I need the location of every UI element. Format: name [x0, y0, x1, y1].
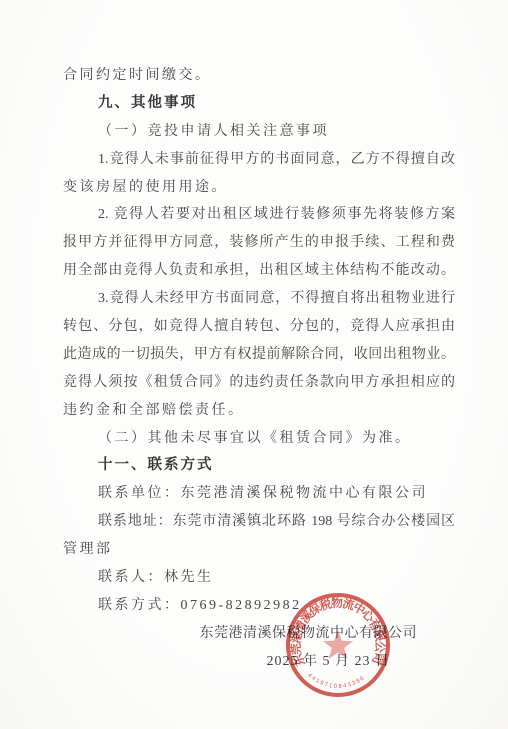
doc-line: （二）其他未尽事宜以《租赁合同》为准。 — [63, 425, 455, 453]
doc-line: 变该房屋的使用用途。 — [63, 174, 455, 202]
doc-line: 合同约定时间缴交。 — [63, 62, 455, 90]
signature-company: 东莞港清溪保税物流中心有限公司 — [63, 620, 455, 648]
section-heading: 九、其他事项 — [63, 90, 455, 118]
signature-date: 2025 年 5 月 23 日 — [63, 648, 455, 676]
document-lines: 合同约定时间缴交。九、其他事项（一）竞投申请人相关注意事项1.竞得人未事前征得甲… — [63, 62, 455, 620]
doc-line: 3.竞得人未经甲方书面同意，不得擅自将出租物业进行 — [63, 285, 455, 313]
doc-line: 联系方式：0769-82892982 — [63, 592, 455, 620]
doc-line: 违约金和全部赔偿责任。 — [63, 397, 455, 425]
doc-line: 联系单位：东莞港清溪保税物流中心有限公司 — [63, 480, 455, 508]
doc-line: 转包、分包，如竞得人擅自转包、分包的，竞得人应承担由 — [63, 313, 455, 341]
doc-line: 竞得人须按《租赁合同》的违约责任条款向甲方承担相应的 — [63, 369, 455, 397]
doc-line: 管理部 — [63, 536, 455, 564]
doc-line: 1.竞得人未事前征得甲方的书面同意，乙方不得擅自改 — [63, 146, 455, 174]
doc-line: 2. 竞得人若要对出租区域进行装修须事先将装修方案 — [63, 201, 455, 229]
doc-line: 此造成的一切损失，甲方有权提前解除合同，收回出租物业。 — [63, 341, 455, 369]
doc-line: 用全部由竞得人负责和承担，出租区域主体结构不能改动。 — [63, 257, 455, 285]
document-body: 合同约定时间缴交。九、其他事项（一）竞投申请人相关注意事项1.竞得人未事前征得甲… — [63, 62, 455, 676]
section-heading: 十一、联系方式 — [63, 452, 455, 480]
document-page: 合同约定时间缴交。九、其他事项（一）竞投申请人相关注意事项1.竞得人未事前征得甲… — [0, 0, 508, 729]
doc-line: 报甲方并征得甲方同意，装修所产生的申报手续、工程和费 — [63, 229, 455, 257]
doc-line: 联系地址：东莞市清溪镇北环路 198 号综合办公楼园区 — [63, 508, 455, 536]
doc-line: （一）竞投申请人相关注意事项 — [63, 118, 455, 146]
doc-line: 联系人：林先生 — [63, 564, 455, 592]
